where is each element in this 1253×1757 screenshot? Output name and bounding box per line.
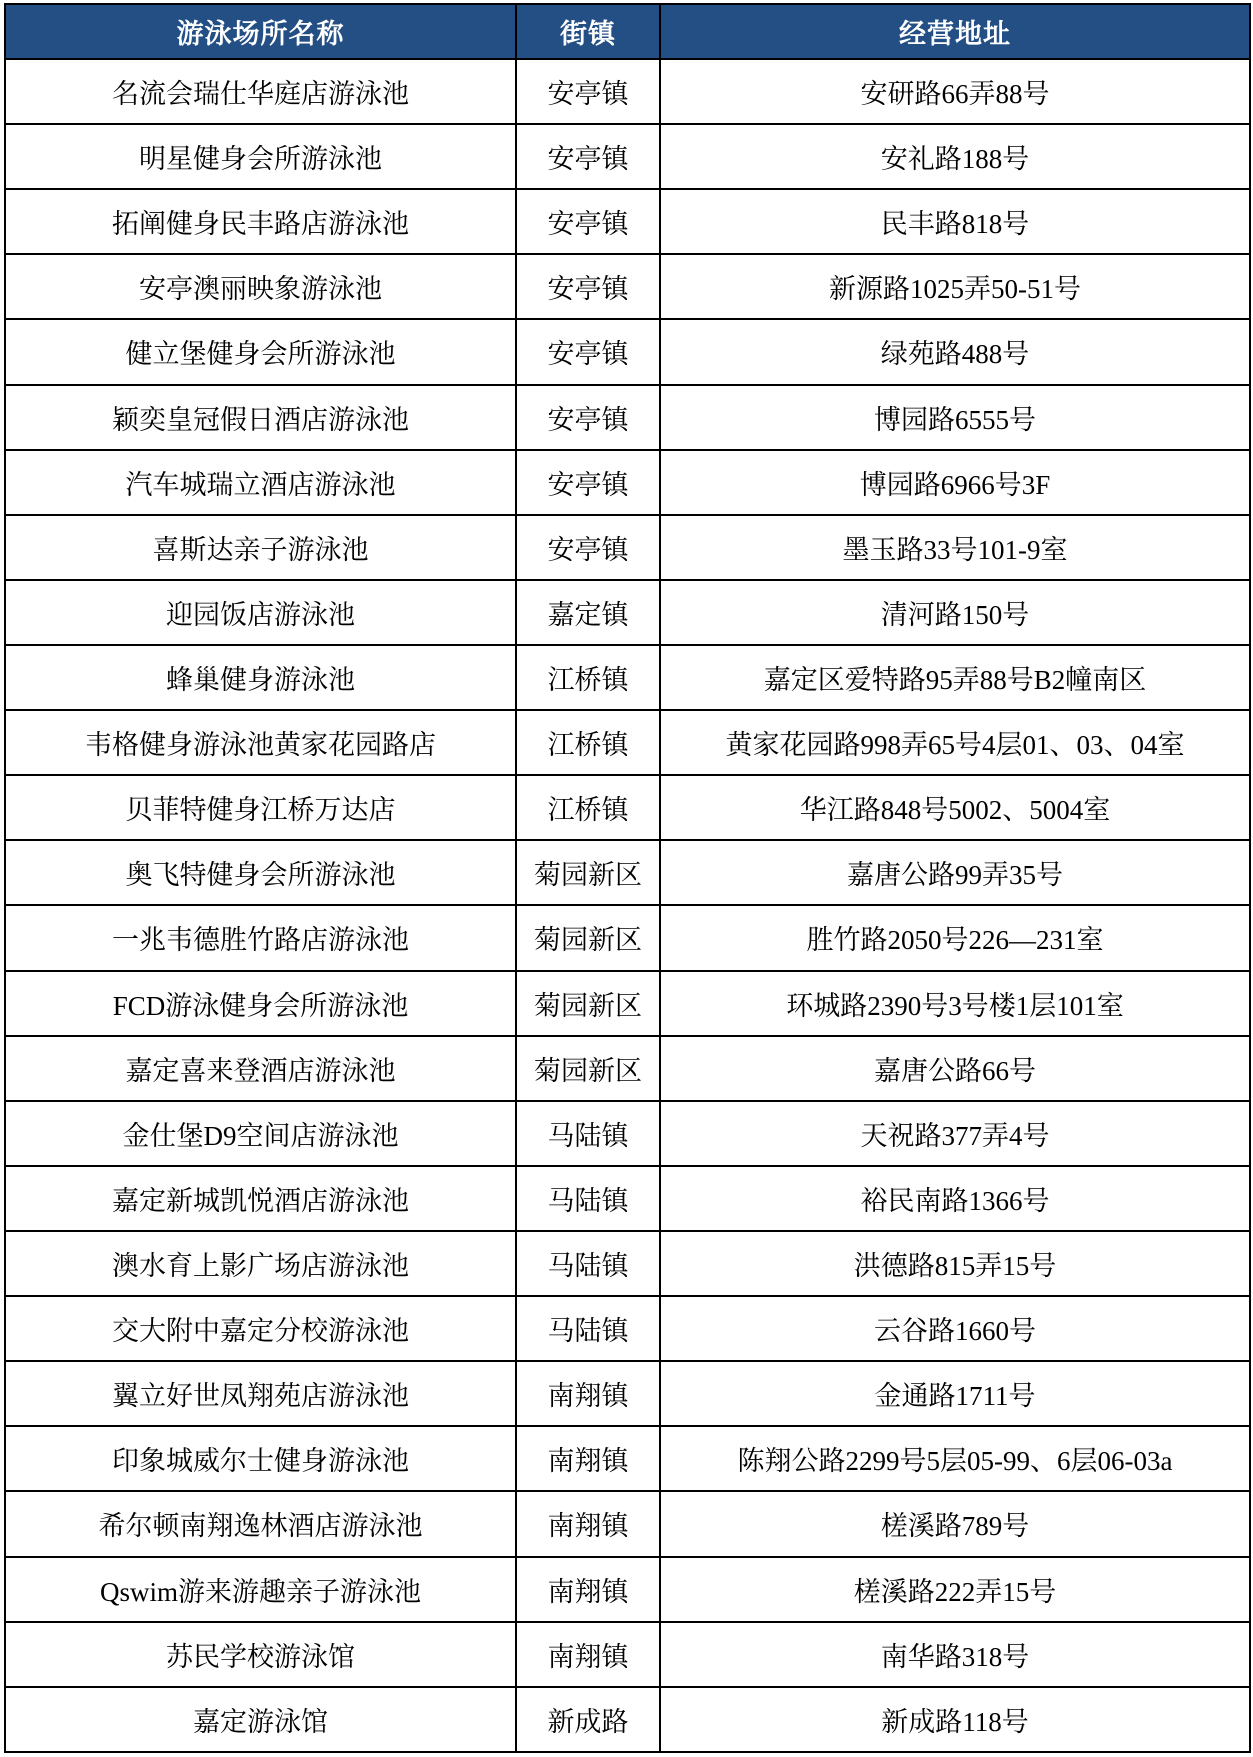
town-cell: 安亭镇 xyxy=(516,450,660,515)
address-cell: 云谷路1660号 xyxy=(660,1296,1250,1361)
town-cell: 马陆镇 xyxy=(516,1231,660,1296)
table-row: 拓阐健身民丰路店游泳池安亭镇民丰路818号 xyxy=(5,189,1250,254)
column-header-venue-name: 游泳场所名称 xyxy=(5,4,516,59)
venue-name-cell: 汽车城瑞立酒店游泳池 xyxy=(5,450,516,515)
address-cell: 槎溪路789号 xyxy=(660,1491,1250,1556)
address-cell: 黄家花园路998弄65号4层01、03、04室 xyxy=(660,710,1250,775)
venue-name-cell: 金仕堡D9空间店游泳池 xyxy=(5,1101,516,1166)
table-row: FCD游泳健身会所游泳池菊园新区环城路2390号3号楼1层101室 xyxy=(5,971,1250,1036)
town-cell: 江桥镇 xyxy=(516,645,660,710)
town-cell: 嘉定镇 xyxy=(516,580,660,645)
town-cell: 菊园新区 xyxy=(516,971,660,1036)
table-header: 游泳场所名称 街镇 经营地址 xyxy=(5,4,1250,59)
town-cell: 安亭镇 xyxy=(516,385,660,450)
town-cell: 江桥镇 xyxy=(516,775,660,840)
town-cell: 安亭镇 xyxy=(516,189,660,254)
venue-name-cell: 嘉定喜来登酒店游泳池 xyxy=(5,1036,516,1101)
town-cell: 南翔镇 xyxy=(516,1426,660,1491)
venue-name-cell: 翼立好世凤翔苑店游泳池 xyxy=(5,1361,516,1426)
venue-name-cell: 奥飞特健身会所游泳池 xyxy=(5,840,516,905)
table-row: 嘉定游泳馆新成路新成路118号 xyxy=(5,1687,1250,1752)
venue-name-cell: 健立堡健身会所游泳池 xyxy=(5,319,516,384)
address-cell: 南华路318号 xyxy=(660,1622,1250,1687)
address-cell: 民丰路818号 xyxy=(660,189,1250,254)
table-row: 嘉定喜来登酒店游泳池菊园新区嘉唐公路66号 xyxy=(5,1036,1250,1101)
table-row: 一兆韦德胜竹路店游泳池菊园新区胜竹路2050号226—231室 xyxy=(5,905,1250,970)
address-cell: 嘉唐公路66号 xyxy=(660,1036,1250,1101)
table-row: 金仕堡D9空间店游泳池马陆镇天祝路377弄4号 xyxy=(5,1101,1250,1166)
table-row: 迎园饭店游泳池嘉定镇清河路150号 xyxy=(5,580,1250,645)
town-cell: 安亭镇 xyxy=(516,254,660,319)
table-row: 蜂巢健身游泳池江桥镇嘉定区爱特路95弄88号B2幢南区 xyxy=(5,645,1250,710)
venue-name-cell: 喜斯达亲子游泳池 xyxy=(5,515,516,580)
town-cell: 江桥镇 xyxy=(516,710,660,775)
venue-name-cell: 嘉定新城凯悦酒店游泳池 xyxy=(5,1166,516,1231)
town-cell: 安亭镇 xyxy=(516,59,660,124)
town-cell: 马陆镇 xyxy=(516,1166,660,1231)
address-cell: 裕民南路1366号 xyxy=(660,1166,1250,1231)
town-cell: 菊园新区 xyxy=(516,1036,660,1101)
address-cell: 陈翔公路2299号5层05-99、6层06-03a xyxy=(660,1426,1250,1491)
table-row: 澳水育上影广场店游泳池马陆镇洪德路815弄15号 xyxy=(5,1231,1250,1296)
table-row: 印象城威尔士健身游泳池南翔镇陈翔公路2299号5层05-99、6层06-03a xyxy=(5,1426,1250,1491)
address-cell: 安礼路188号 xyxy=(660,124,1250,189)
town-cell: 马陆镇 xyxy=(516,1101,660,1166)
venue-name-cell: 澳水育上影广场店游泳池 xyxy=(5,1231,516,1296)
table-row: 喜斯达亲子游泳池安亭镇墨玉路33号101-9室 xyxy=(5,515,1250,580)
town-cell: 马陆镇 xyxy=(516,1296,660,1361)
town-cell: 南翔镇 xyxy=(516,1557,660,1622)
venue-name-cell: 贝菲特健身江桥万达店 xyxy=(5,775,516,840)
table-row: 明星健身会所游泳池安亭镇安礼路188号 xyxy=(5,124,1250,189)
town-cell: 菊园新区 xyxy=(516,840,660,905)
table-row: 苏民学校游泳馆南翔镇南华路318号 xyxy=(5,1622,1250,1687)
town-cell: 南翔镇 xyxy=(516,1622,660,1687)
table-row: 健立堡健身会所游泳池安亭镇绿苑路488号 xyxy=(5,319,1250,384)
town-cell: 南翔镇 xyxy=(516,1361,660,1426)
address-cell: 金通路1711号 xyxy=(660,1361,1250,1426)
address-cell: 华江路848号5002、5004室 xyxy=(660,775,1250,840)
column-header-address: 经营地址 xyxy=(660,4,1250,59)
address-cell: 博园路6966号3F xyxy=(660,450,1250,515)
venue-name-cell: Qswim游来游趣亲子游泳池 xyxy=(5,1557,516,1622)
table-body: 名流会瑞仕华庭店游泳池安亭镇安研路66弄88号明星健身会所游泳池安亭镇安礼路18… xyxy=(5,59,1250,1752)
address-cell: 嘉唐公路99弄35号 xyxy=(660,840,1250,905)
swimming-venues-page: 游泳场所名称 街镇 经营地址 名流会瑞仕华庭店游泳池安亭镇安研路66弄88号明星… xyxy=(0,0,1253,1757)
venue-name-cell: 嘉定游泳馆 xyxy=(5,1687,516,1752)
table-row: 汽车城瑞立酒店游泳池安亭镇博园路6966号3F xyxy=(5,450,1250,515)
venue-name-cell: 蜂巢健身游泳池 xyxy=(5,645,516,710)
venue-name-cell: 明星健身会所游泳池 xyxy=(5,124,516,189)
town-cell: 新成路 xyxy=(516,1687,660,1752)
address-cell: 胜竹路2050号226—231室 xyxy=(660,905,1250,970)
swimming-venues-table: 游泳场所名称 街镇 经营地址 名流会瑞仕华庭店游泳池安亭镇安研路66弄88号明星… xyxy=(4,3,1251,1753)
table-row: 翼立好世凤翔苑店游泳池南翔镇金通路1711号 xyxy=(5,1361,1250,1426)
table-row: 韦格健身游泳池黄家花园路店江桥镇黄家花园路998弄65号4层01、03、04室 xyxy=(5,710,1250,775)
town-cell: 安亭镇 xyxy=(516,124,660,189)
venue-name-cell: 迎园饭店游泳池 xyxy=(5,580,516,645)
table-row: 颖奕皇冠假日酒店游泳池安亭镇博园路6555号 xyxy=(5,385,1250,450)
venue-name-cell: 希尔顿南翔逸林酒店游泳池 xyxy=(5,1491,516,1556)
address-cell: 环城路2390号3号楼1层101室 xyxy=(660,971,1250,1036)
venue-name-cell: 拓阐健身民丰路店游泳池 xyxy=(5,189,516,254)
column-header-town: 街镇 xyxy=(516,4,660,59)
address-cell: 清河路150号 xyxy=(660,580,1250,645)
venue-name-cell: 颖奕皇冠假日酒店游泳池 xyxy=(5,385,516,450)
address-cell: 天祝路377弄4号 xyxy=(660,1101,1250,1166)
town-cell: 安亭镇 xyxy=(516,319,660,384)
address-cell: 博园路6555号 xyxy=(660,385,1250,450)
town-cell: 安亭镇 xyxy=(516,515,660,580)
venue-name-cell: 苏民学校游泳馆 xyxy=(5,1622,516,1687)
table-row: Qswim游来游趣亲子游泳池南翔镇槎溪路222弄15号 xyxy=(5,1557,1250,1622)
venue-name-cell: 一兆韦德胜竹路店游泳池 xyxy=(5,905,516,970)
address-cell: 槎溪路222弄15号 xyxy=(660,1557,1250,1622)
address-cell: 新源路1025弄50-51号 xyxy=(660,254,1250,319)
venue-name-cell: 印象城威尔士健身游泳池 xyxy=(5,1426,516,1491)
address-cell: 新成路118号 xyxy=(660,1687,1250,1752)
table-row: 嘉定新城凯悦酒店游泳池马陆镇裕民南路1366号 xyxy=(5,1166,1250,1231)
address-cell: 绿苑路488号 xyxy=(660,319,1250,384)
venue-name-cell: 交大附中嘉定分校游泳池 xyxy=(5,1296,516,1361)
venue-name-cell: FCD游泳健身会所游泳池 xyxy=(5,971,516,1036)
address-cell: 安研路66弄88号 xyxy=(660,59,1250,124)
table-row: 希尔顿南翔逸林酒店游泳池南翔镇槎溪路789号 xyxy=(5,1491,1250,1556)
venue-name-cell: 韦格健身游泳池黄家花园路店 xyxy=(5,710,516,775)
town-cell: 南翔镇 xyxy=(516,1491,660,1556)
town-cell: 菊园新区 xyxy=(516,905,660,970)
address-cell: 洪德路815弄15号 xyxy=(660,1231,1250,1296)
address-cell: 墨玉路33号101-9室 xyxy=(660,515,1250,580)
venue-name-cell: 名流会瑞仕华庭店游泳池 xyxy=(5,59,516,124)
table-row: 交大附中嘉定分校游泳池马陆镇云谷路1660号 xyxy=(5,1296,1250,1361)
address-cell: 嘉定区爱特路95弄88号B2幢南区 xyxy=(660,645,1250,710)
venue-name-cell: 安亭澳丽映象游泳池 xyxy=(5,254,516,319)
table-row: 贝菲特健身江桥万达店江桥镇华江路848号5002、5004室 xyxy=(5,775,1250,840)
table-row: 奥飞特健身会所游泳池菊园新区嘉唐公路99弄35号 xyxy=(5,840,1250,905)
table-row: 安亭澳丽映象游泳池安亭镇新源路1025弄50-51号 xyxy=(5,254,1250,319)
table-row: 名流会瑞仕华庭店游泳池安亭镇安研路66弄88号 xyxy=(5,59,1250,124)
header-row: 游泳场所名称 街镇 经营地址 xyxy=(5,4,1250,59)
